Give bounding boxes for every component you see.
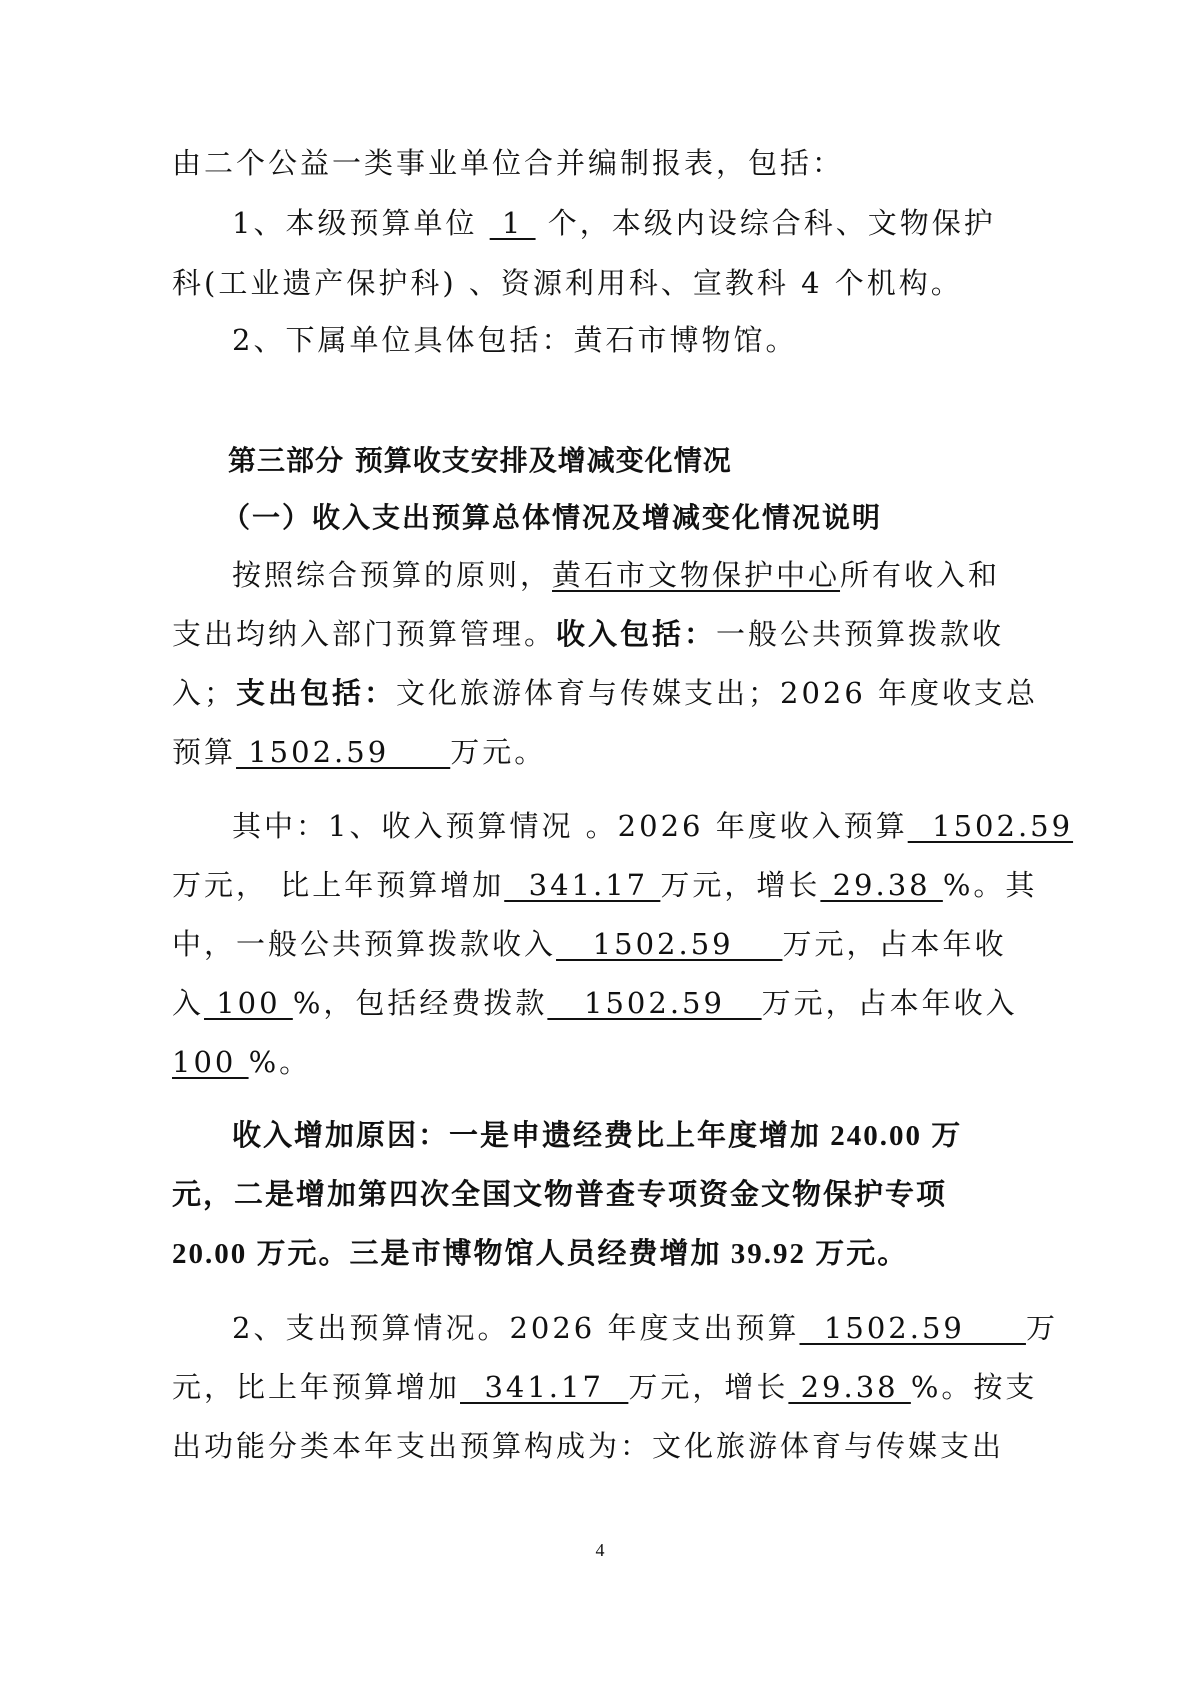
text: 万元，占本年收: [782, 927, 1006, 961]
text: 2、支出预算情况。2026 年度支出预算: [232, 1311, 799, 1345]
general-budget-value: 1502.59: [556, 927, 782, 961]
text: 一般公共预算拨款收: [716, 617, 1004, 651]
income-line-1: 其中：1、收入预算情况 。2026 年度收入预算 1502.59: [232, 806, 992, 846]
section-title: 第三部分 预算收支安排及增减变化情况: [228, 441, 988, 481]
unit-count: 1: [490, 206, 536, 240]
income-increase-value: 341.17: [504, 868, 660, 902]
income-line-4: 入 100 %，包括经费拨款 1502.59 万元，占本年收入: [172, 983, 932, 1023]
expense-budget-value: 1502.59: [799, 1311, 1025, 1345]
text: 支出均纳入部门预算管理。: [172, 617, 556, 651]
text: %。按支: [911, 1370, 1038, 1404]
item-1-prefix: 1、本级预算单位: [232, 206, 490, 240]
text: %。: [249, 1045, 312, 1079]
para1-line-4: 预算 1502.59 万元。: [172, 732, 932, 772]
text: 万元，增长: [628, 1370, 788, 1404]
subsection-title-text: （一）收入支出预算总体情况及增减变化情况说明: [222, 501, 882, 534]
org-name: 黄石市文物保护中心: [552, 558, 840, 592]
text: 中，一般公共预算拨款收入: [172, 927, 556, 961]
income-includes-label: 收入包括：: [556, 617, 716, 651]
item-2: 2、下属单位具体包括：黄石市博物馆。: [232, 320, 992, 360]
text: 万元。: [450, 735, 546, 769]
text: 万元，增长: [660, 868, 820, 902]
item-1-line-1: 1、本级预算单位 1 个，本级内设综合科、文物保护: [232, 203, 992, 243]
expense-increase-value: 341.17: [460, 1370, 628, 1404]
income-budget-value: 1502.59: [908, 809, 1073, 843]
total-budget-value: 1502.59: [236, 735, 450, 769]
text: 按照综合预算的原则，: [232, 558, 552, 592]
text: %，包括经费拨款: [293, 986, 548, 1020]
text: 万元，占本年收入: [762, 986, 1018, 1020]
income-growth-pct: 29.38: [820, 868, 942, 902]
reason-line-1: 收入增加原因：一是申遗经费比上年度增加 240.00 万: [232, 1116, 992, 1156]
text: 元，比上年预算增加: [172, 1370, 460, 1404]
text: 所有收入和: [840, 558, 1000, 592]
para1-line-1: 按照综合预算的原则，黄石市文物保护中心所有收入和: [232, 555, 992, 595]
expense-growth-pct: 29.38: [788, 1370, 910, 1404]
expense-line-2: 元，比上年预算增加 341.17 万元，增长 29.38 %。按支: [172, 1367, 932, 1407]
expense-line-3: 出功能分类本年支出预算构成为：文化旅游体育与传媒支出: [172, 1426, 932, 1466]
para1-line-2: 支出均纳入部门预算管理。收入包括：一般公共预算拨款收: [172, 614, 932, 654]
funding-value: 1502.59: [547, 986, 761, 1020]
general-budget-pct: 100: [204, 986, 293, 1020]
page-number: 4: [0, 1540, 1200, 1561]
text: 文化旅游体育与传媒支出；2026 年度收支总: [396, 676, 1038, 710]
subsection-title: （一）收入支出预算总体情况及增减变化情况说明: [222, 498, 982, 538]
item-1-line-2: 科(工业遗产保护科) 、资源利用科、宣教科 4 个机构。: [172, 263, 932, 303]
income-line-5: 100 %。: [172, 1042, 932, 1082]
text: 预算: [172, 735, 236, 769]
expense-line-1: 2、支出预算情况。2026 年度支出预算 1502.59 万: [232, 1308, 992, 1348]
item-1-suffix: 个，本级内设综合科、文物保护: [536, 206, 996, 240]
income-line-3: 中，一般公共预算拨款收入 1502.59 万元，占本年收: [172, 924, 932, 964]
text: 万: [1026, 1311, 1058, 1345]
text: 入；: [172, 676, 236, 710]
reason-line-2: 元，二是增加第四次全国文物普查专项资金文物保护专项: [172, 1175, 932, 1215]
text: 万元， 比上年预算增加: [172, 868, 504, 902]
text: 其中：1、收入预算情况 。2026 年度收入预算: [232, 809, 908, 843]
funding-pct: 100: [172, 1045, 249, 1079]
text: 入: [172, 986, 204, 1020]
income-line-2: 万元， 比上年预算增加 341.17 万元，增长 29.38 %。其: [172, 865, 932, 905]
text: %。其: [943, 868, 1038, 902]
intro-line: 由二个公益一类事业单位合并编制报表，包括：: [172, 143, 932, 183]
expense-includes-label: 支出包括：: [236, 676, 396, 710]
reason-line-3: 20.00 万元。三是市博物馆人员经费增加 39.92 万元。: [172, 1234, 932, 1274]
para1-line-3: 入；支出包括：文化旅游体育与传媒支出；2026 年度收支总: [172, 673, 932, 713]
